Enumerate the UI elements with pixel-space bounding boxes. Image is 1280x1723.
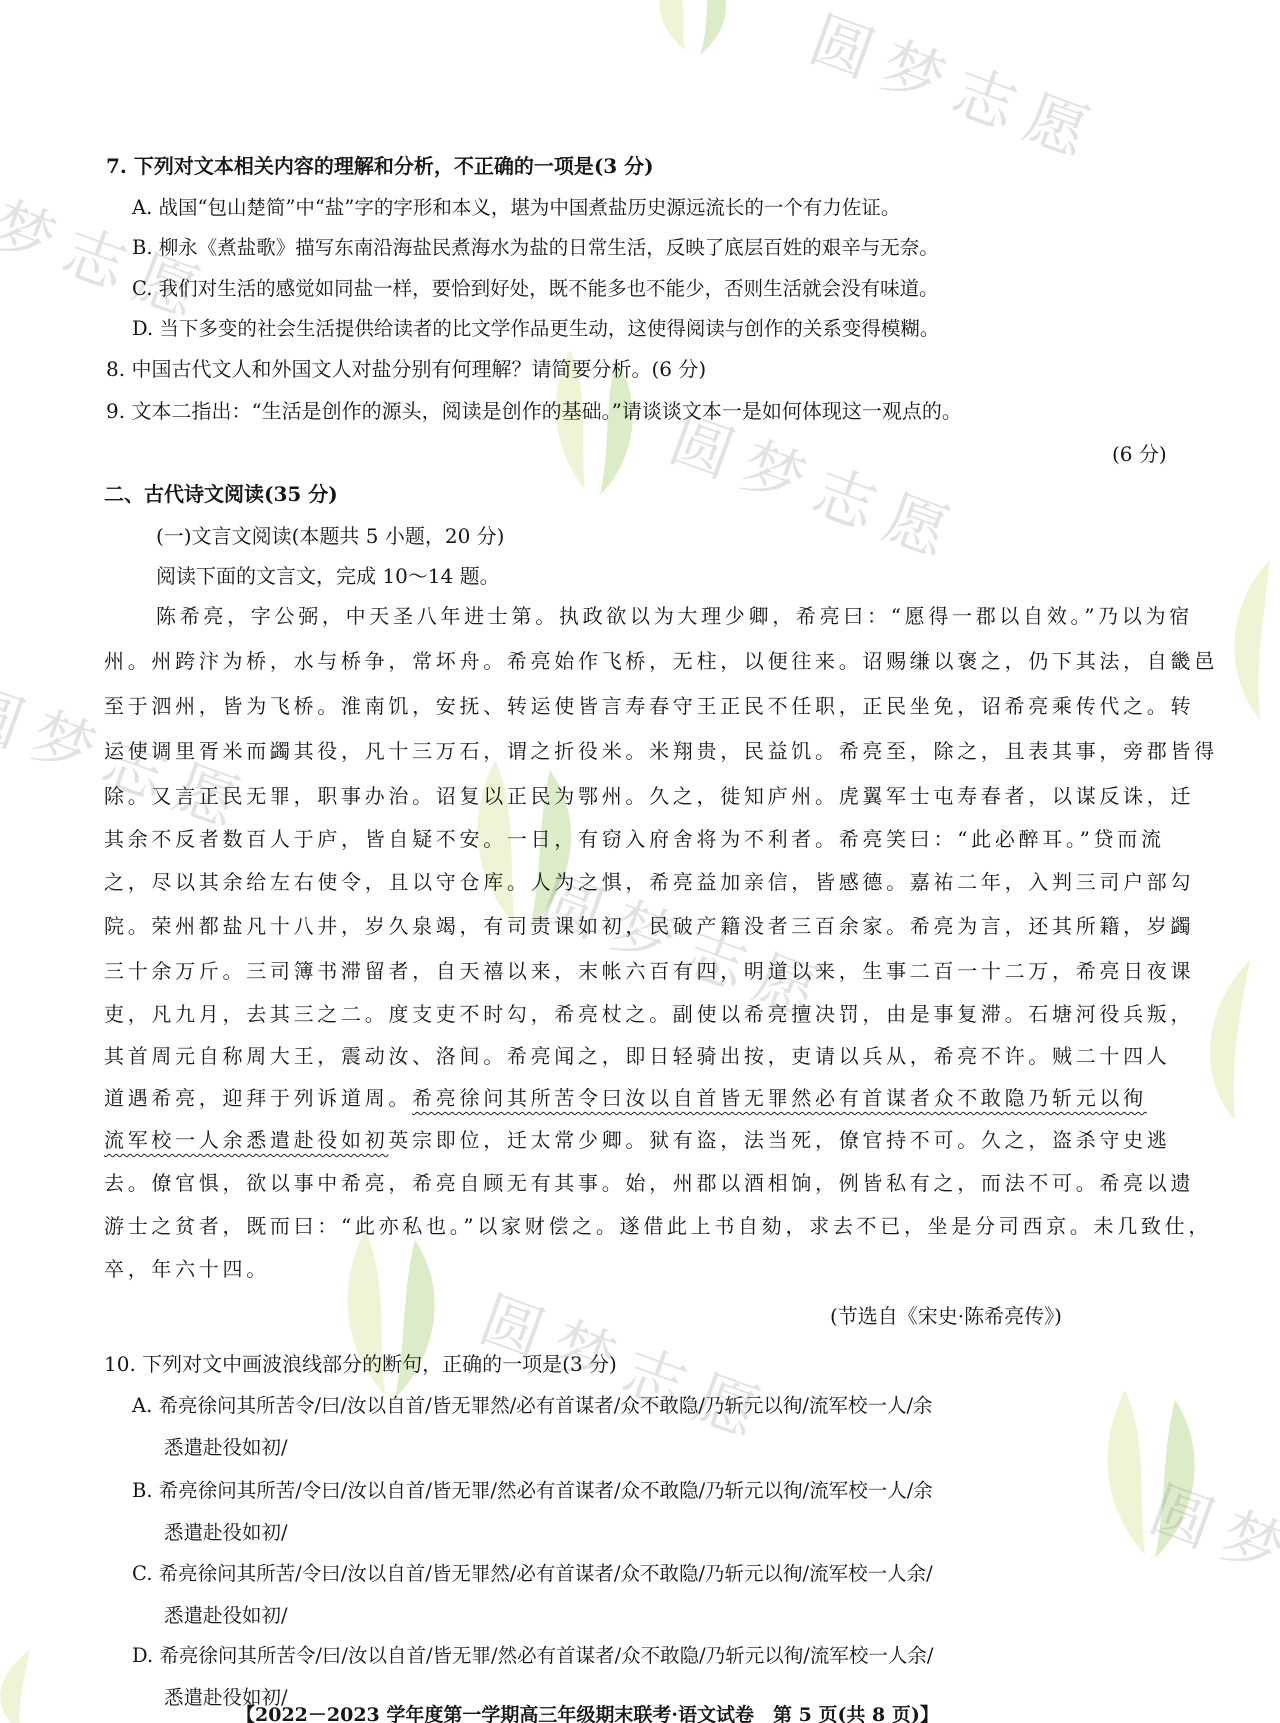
question-10-option-c: C. 希亮徐问其所苦/令曰/汝以自首/皆无罪然/必有首谋者/众不敢隐/乃斩元以徇…	[132, 1558, 933, 1586]
question-7-option-b: B. 柳永《煮盐歌》描写东南沿海盐民煮海水为盐的日常生活，反映了底层百姓的艰辛与…	[132, 232, 939, 260]
passage-line: 道遇希亮，迎拜于列诉道周。希亮徐问其所苦令曰汝以自首皆无罪然必有首谋者众不敢隐乃…	[104, 1082, 1147, 1111]
question-10-option-a: A. 希亮徐问其所苦令/曰/汝以自首/皆无罪然/必有首谋者/众不敢隐/乃斩元以徇…	[132, 1390, 933, 1418]
passage-line: 至于泗州，皆为飞桥。淮南饥，安抚、转运使皆言寿春守王正民不任职，正民坐免，诏希亮…	[104, 690, 1194, 719]
passage-line: 陈希亮，字公弼，中天圣八年进士第。执政欲以为大理少卿，希亮曰：“愿得一郡以自效。…	[156, 600, 1193, 629]
wavy-underlined-text: 希亮徐问其所苦令曰汝以自首皆无罪然必有首谋者众不敢隐乃斩元以徇	[412, 1086, 1147, 1110]
passage-line: 三十余万斤。三司簿书滞留者，自天禧以来，末帐六百有四，明道以来，生事二百一十二万…	[104, 955, 1194, 984]
passage-line: 州。州跨汴为桥，水与桥争，常坏舟。希亮始作飞桥，无柱，以便往来。诏赐缣以褒之，仍…	[104, 645, 1218, 674]
subsection-heading: (一)文言文阅读(本题共 5 小题，20 分)	[156, 520, 504, 549]
passage-text: 道遇希亮，迎拜于列诉道周。	[104, 1086, 412, 1110]
wavy-underlined-text: 流军校一人余悉遣赴役如初	[104, 1128, 388, 1152]
page-footer: 【2022－2023 学年度第一学期高三年级期末联考·语文试卷 第 5 页(共 …	[236, 1700, 939, 1723]
reading-instruction: 阅读下面的文言文，完成 10～14 题。	[156, 560, 500, 589]
question-10-option-c-cont: 悉遣赴役如初/	[164, 1600, 288, 1628]
passage-line: 吏，凡九月，去其三之二。度支吏不时勾，希亮杖之。副使以希亮擅决罚，由是事复滞。石…	[104, 998, 1194, 1027]
question-10-option-a-cont: 悉遣赴役如初/	[164, 1432, 288, 1460]
question-10-option-b: B. 希亮徐问其所苦/令曰/汝以自首/皆无罪/然必有首谋者/众不敢隐/乃斩元以徇…	[132, 1475, 933, 1503]
passage-line: 卒，年六十四。	[104, 1253, 270, 1282]
passage-line: 除。又言正民无罪，职事办治。诏复以正民为鄂州。久之，徙知庐州。虎翼军士屯寿春者，…	[104, 780, 1194, 809]
passage-line: 之，尽以其余给左右使令，且以守仓库。人为之惧，希亮益加亲信，皆感德。嘉祐二年，入…	[104, 866, 1194, 895]
passage-line: 去。僚官惧，欲以事中希亮，希亮自顾无有其事。始，州郡以酒相饷，例皆私有之，而法不…	[104, 1167, 1194, 1196]
passage-line: 其首周元自称周大王，震动汝、洛间。希亮闻之，即日轻骑出按，吏请以兵从，希亮不许。…	[104, 1040, 1171, 1069]
question-9-title: 9. 文本二指出：“生活是创作的源头，阅读是创作的基础。”请谈谈文本一是如何体现…	[106, 395, 962, 424]
passage-text: 英宗即位，迁太常少卿。狱有盗，法当死，僚官持不可。久之，盗杀守史逃	[388, 1128, 1170, 1152]
exam-page: 7. 下列对文本相关内容的理解和分析，不正确的一项是(3 分) A. 战国“包山…	[0, 0, 1280, 1723]
passage-line: 流军校一人余悉遣赴役如初英宗即位，迁太常少卿。狱有盗，法当死，僚官持不可。久之，…	[104, 1124, 1171, 1153]
question-7-option-d: D. 当下多变的社会生活提供给读者的比文学作品更生动，这使得阅读与创作的关系变得…	[132, 313, 939, 341]
passage-source: (节选自《宋史·陈希亮传》)	[830, 1300, 1062, 1329]
question-9-score: (6 分)	[1112, 438, 1167, 467]
question-8-title: 8. 中国古代文人和外国文人对盐分别有何理解？请简要分析。(6 分)	[106, 353, 706, 382]
question-7-option-a: A. 战国“包山楚简”中“盐”字的字形和本义，堪为中国煮盐历史源远流长的一个有力…	[132, 192, 900, 220]
question-7-option-c: C. 我们对生活的感觉如同盐一样，要恰到好处，既不能多也不能少，否则生活就会没有…	[132, 273, 939, 301]
section-heading: 二、古代诗文阅读(35 分)	[104, 478, 338, 507]
passage-line: 院。荣州都盐凡十八井，岁久泉竭，有司责课如初，民破产籍没者三百余家。希亮为言，还…	[104, 910, 1194, 939]
question-10-title: 10. 下列对文中画波浪线部分的断句，正确的一项是(3 分)	[104, 1348, 617, 1377]
passage-line: 运使调里胥米而蠲其役，凡十三万石，谓之折役米。米翔贵，民益饥。希亮至，除之，且表…	[104, 735, 1218, 764]
passage-line: 游士之贫者，既而曰：“此亦私也。”以家财偿之。遂借此上书自劾，求去不已，坐是分司…	[104, 1210, 1212, 1239]
question-7-title: 7. 下列对文本相关内容的理解和分析，不正确的一项是(3 分)	[106, 150, 654, 179]
passage-line: 其余不反者数百人于庐，皆自疑不安。一日，有窃入府舍将为不利者。希亮笑曰：“此必醉…	[104, 823, 1165, 852]
question-10-option-d: D. 希亮徐问其所苦令/曰/汝以自首/皆无罪/然必有首谋者/众不敢隐/乃斩元以徇…	[132, 1640, 933, 1668]
question-10-option-b-cont: 悉遣赴役如初/	[164, 1517, 288, 1545]
